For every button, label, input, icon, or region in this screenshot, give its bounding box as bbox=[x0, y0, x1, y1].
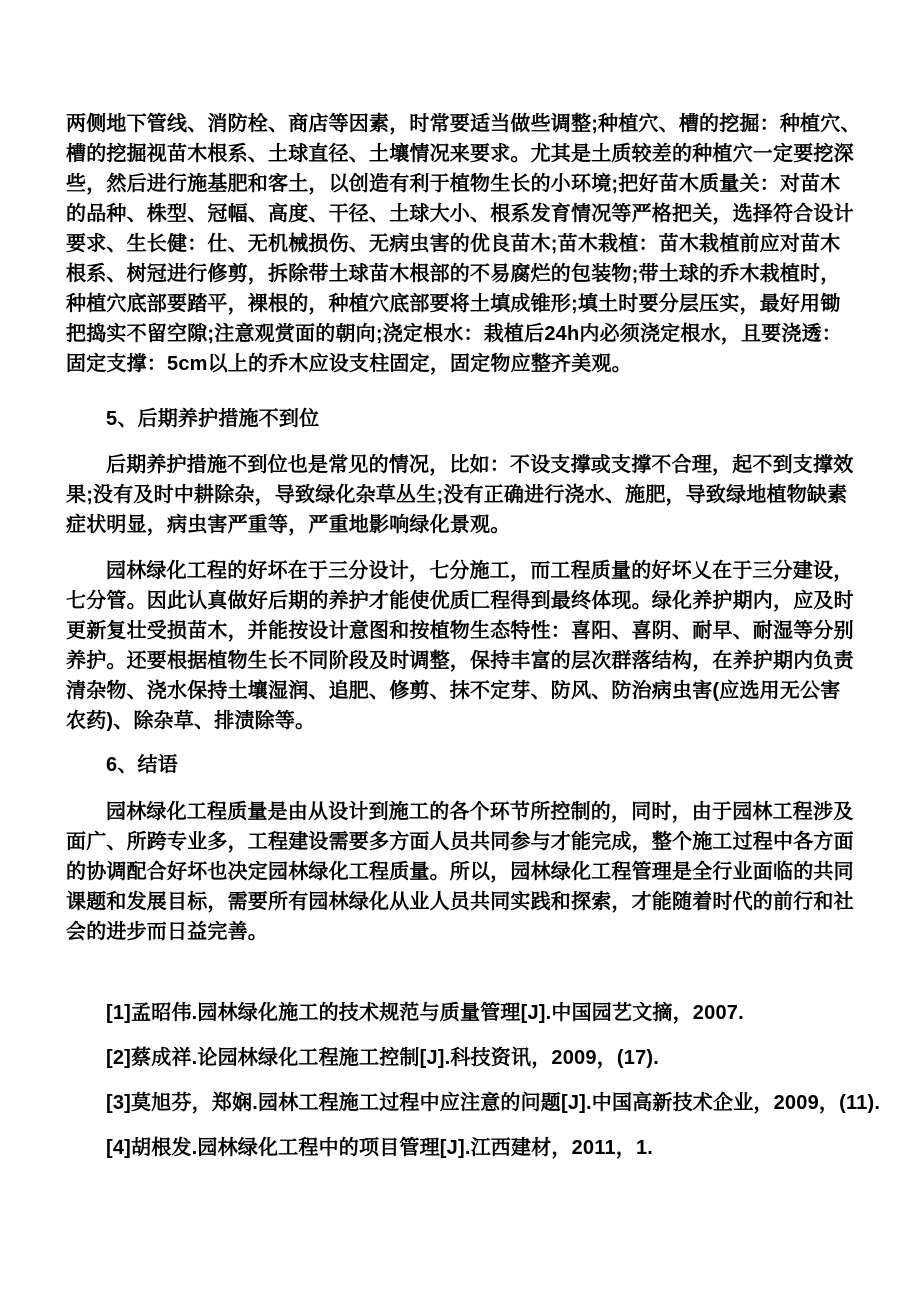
text-line: 些，然后进行施基肥和客土，以创造有利于植物生长的小环境;把好苗木质量关：对苗木 bbox=[66, 169, 866, 199]
document-content: 两侧地下管线、消防栓、商店等因素，时常要适当做些调整;种植穴、槽的挖掘：种植穴、… bbox=[0, 0, 920, 1163]
document-page: 两侧地下管线、消防栓、商店等因素，时常要适当做些调整;种植穴、槽的挖掘：种植穴、… bbox=[0, 0, 920, 1301]
text-line: 后期养护措施不到位也是常见的情况，比如：不设支撑或支撑不合理，起不到支撑效 bbox=[66, 450, 866, 480]
text-line: 果;没有及时中耕除杂，导致绿化杂草丛生;没有正确进行浇水、施肥，导致绿地植物缺素 bbox=[66, 480, 866, 510]
reference-item-4: [4]胡根发.园林绿化工程中的项目管理[J].江西建材，2011，1. bbox=[66, 1133, 866, 1163]
text-line: 养护。还要根据植物生长不同阶段及时调整，保持丰富的层次群落结构，在养护期内负责 bbox=[66, 646, 866, 676]
text-line: 症状明显，病虫害严重等，严重地影响绿化景观。 bbox=[66, 510, 866, 540]
text-line: 课题和发展目标，需要所有园林绿化从业人员共同实践和探索，才能随着时代的前行和社 bbox=[66, 887, 866, 917]
paragraph-maintenance-practices: 园林绿化工程的好坏在于三分设计，七分施工，而工程质量的好坏乂在于三分建设， 七分… bbox=[66, 556, 866, 736]
text-line: 的品种、株型、冠幅、高度、干径、土球大小、根系发育情况等严格把关，选择符合设计 bbox=[66, 199, 866, 229]
text-line: 更新复壮受损苗木，并能按设计意图和按植物生态特性：喜阳、喜阴、耐早、耐湿等分别 bbox=[66, 616, 866, 646]
paragraph-planting-requirements: 两侧地下管线、消防栓、商店等因素，时常要适当做些调整;种植穴、槽的挖掘：种植穴、… bbox=[66, 109, 866, 379]
text-line: 固定支撑：5cm以上的乔木应设支柱固定，固定物应整齐美观。 bbox=[66, 349, 866, 379]
text-line: 槽的挖掘视苗木根系、土球直径、土壤情况来要求。尤其是土质较差的种植穴一定要挖深 bbox=[66, 139, 866, 169]
text-line: 园林绿化工程质量是由从设计到施工的各个环节所控制的，同时，由于园林工程涉及 bbox=[66, 797, 866, 827]
text-line: 的协调配合好坏也决定园林绿化工程质量。所以，园林绿化工程管理是全行业面临的共同 bbox=[66, 857, 866, 887]
text-line: 两侧地下管线、消防栓、商店等因素，时常要适当做些调整;种植穴、槽的挖掘：种植穴、 bbox=[66, 109, 866, 139]
paragraph-maintenance-issues: 后期养护措施不到位也是常见的情况，比如：不设支撑或支撑不合理，起不到支撑效 果;… bbox=[66, 450, 866, 540]
reference-item-1: [1]孟昭伟.园林绿化施工的技术规范与质量管理[J].中国园艺文摘，2007. bbox=[66, 998, 866, 1028]
text-line: 农药)、除杂草、排渍除等。 bbox=[66, 706, 866, 736]
references-list: [1]孟昭伟.园林绿化施工的技术规范与质量管理[J].中国园艺文摘，2007. … bbox=[66, 998, 866, 1163]
text-line: 园林绿化工程的好坏在于三分设计，七分施工，而工程质量的好坏乂在于三分建设， bbox=[66, 556, 866, 586]
section-heading-6: 6、结语 bbox=[66, 750, 866, 780]
text-line: 面广、所跨专业多，工程建设需要多方面人员共同参与才能完成，整个施工过程中各方面 bbox=[66, 827, 866, 857]
text-line: 把捣实不留空隙;注意观赏面的朝向;浇定根水：栽植后24h内必须浇定根水，且要浇透… bbox=[66, 319, 866, 349]
text-line: 根系、树冠进行修剪，拆除带土球苗木根部的不易腐烂的包装物;带土球的乔木栽植时， bbox=[66, 259, 866, 289]
text-line: 会的进步而日益完善。 bbox=[66, 917, 866, 947]
paragraph-conclusion: 园林绿化工程质量是由从设计到施工的各个环节所控制的，同时，由于园林工程涉及 面广… bbox=[66, 797, 866, 947]
text-line: 七分管。因此认真做好后期的养护才能使优质匚程得到最终体现。绿化养护期内，应及时 bbox=[66, 586, 866, 616]
text-line: 清杂物、浇水保持土壤湿润、追肥、修剪、抹不定芽、防风、防治病虫害(应选用无公害 bbox=[66, 676, 866, 706]
text-line: 要求、生长健：仕、无机械损伤、无病虫害的优良苗木;苗木栽植：苗木栽植前应对苗木 bbox=[66, 229, 866, 259]
text-line: 种植穴底部要踏平，裸根的，种植穴底部要将土填成锥形;填土时要分层压实，最好用锄 bbox=[66, 289, 866, 319]
reference-item-3: [3]莫旭芬，郑娴.园林工程施工过程中应注意的问题[J].中国高新技术企业，20… bbox=[66, 1088, 866, 1118]
section-heading-5: 5、后期养护措施不到位 bbox=[66, 404, 866, 434]
reference-item-2: [2]蔡成祥.论园林绿化工程施工控制[J].科技资讯，2009，(17). bbox=[66, 1043, 866, 1073]
